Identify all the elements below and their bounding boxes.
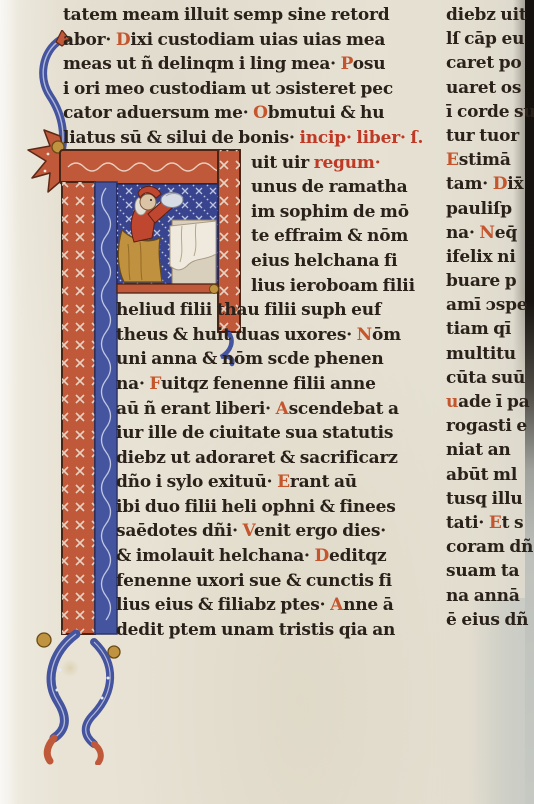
- text-line: rogasti e: [446, 414, 534, 438]
- text-line: ibi duo filii heli ophni & finees: [116, 495, 437, 520]
- gold-boss-right: [108, 646, 120, 658]
- text-line: & imolauit helchana· Deditqz: [116, 544, 437, 569]
- text-line: eius helchana fi: [251, 249, 437, 274]
- text-line: tiam qī: [446, 317, 534, 341]
- text-line: i ori meo custodiam ut ɔsisteret pec: [63, 77, 437, 102]
- text-line: im sophim de mō: [251, 200, 437, 225]
- text-line: cator aduersum me· Obmutui & hu: [63, 101, 437, 126]
- text-line: suam ta: [446, 559, 534, 583]
- text-line: coram dñ: [446, 535, 534, 559]
- text-line: aū ñ erant liberi· Ascendebat a: [116, 397, 437, 422]
- text-line: fenenne uxori sue & cunctis fi: [116, 569, 437, 594]
- text-line: na annā: [446, 584, 534, 608]
- text-line: ifelix ni: [446, 245, 534, 269]
- text-line: lius ieroboam filii: [251, 274, 437, 299]
- text-line: diebz ut adoraret & sacrificarz: [116, 446, 437, 471]
- text-line: lius eius & filiabz ptes· Anne ā: [116, 593, 437, 618]
- text-line: abor· Dixi custodiam uias uias mea: [63, 28, 437, 53]
- text-line: uit uir regum·: [251, 151, 437, 176]
- text-line: ī corde su: [446, 100, 534, 124]
- text-line: ē eius dñ: [446, 608, 534, 632]
- text-column-right: diebz uitlſ cāp eucaret pouaret osī cord…: [446, 3, 534, 632]
- initial-flourish-legs: [37, 633, 120, 763]
- text-line: na· Neq̄: [446, 221, 534, 245]
- text-line: liatus sū & silui de bonis· incip· liber…: [63, 126, 437, 151]
- gold-boss-left: [37, 633, 51, 647]
- text-line: meas ut ñ delinqm i ling mea· Posu: [63, 52, 437, 77]
- text-line: pauliſp: [446, 197, 534, 221]
- text-column-left: tatem meam illuit semp sine retordabor· …: [63, 3, 437, 642]
- text-line: heliud filii thau filii suph euf: [116, 298, 437, 323]
- text-line: multitu: [446, 342, 534, 366]
- text-line: dedit ptem unam tristis qia an: [116, 618, 437, 643]
- text-line: uade ī pa: [446, 390, 534, 414]
- text-line: amī ɔspe: [446, 293, 534, 317]
- text-line: buare p: [446, 269, 534, 293]
- text-line: saēdotes dñi· Venit ergo dies·: [116, 519, 437, 544]
- text-line: uni anna & nōm scde phenen: [116, 347, 437, 372]
- text-line: tati· Et s: [446, 511, 534, 535]
- text-line: iur ille de ciuitate sua statutis: [116, 421, 437, 446]
- page-left-edge-highlight: [0, 0, 18, 804]
- text-line: caret po: [446, 51, 534, 75]
- text-line: tur tuor: [446, 124, 534, 148]
- text-line: theus & huit duas uxores· Nōm: [116, 323, 437, 348]
- text-line: lſ cāp eu: [446, 27, 534, 51]
- text-line: uaret os: [446, 76, 534, 100]
- text-line: na· Fuitqz fenenne filii anne: [116, 372, 437, 397]
- text-line: diebz uit: [446, 3, 534, 27]
- text-line: abūt ml: [446, 463, 534, 487]
- text-line: tatem meam illuit semp sine retord: [63, 3, 437, 28]
- text-line: cūta suū: [446, 366, 534, 390]
- text-line: tusq illu: [446, 487, 534, 511]
- text-line: te effraim & nōm: [251, 224, 437, 249]
- text-line: dño i sylo exituū· Erant aū: [116, 470, 437, 495]
- text-line: niat an: [446, 438, 534, 462]
- text-line: unus de ramatha: [251, 175, 437, 200]
- text-line: Estimā: [446, 148, 534, 172]
- text-line: tam· Dix̄: [446, 172, 534, 196]
- manuscript-page: tatem meam illuit semp sine retordabor· …: [0, 0, 534, 804]
